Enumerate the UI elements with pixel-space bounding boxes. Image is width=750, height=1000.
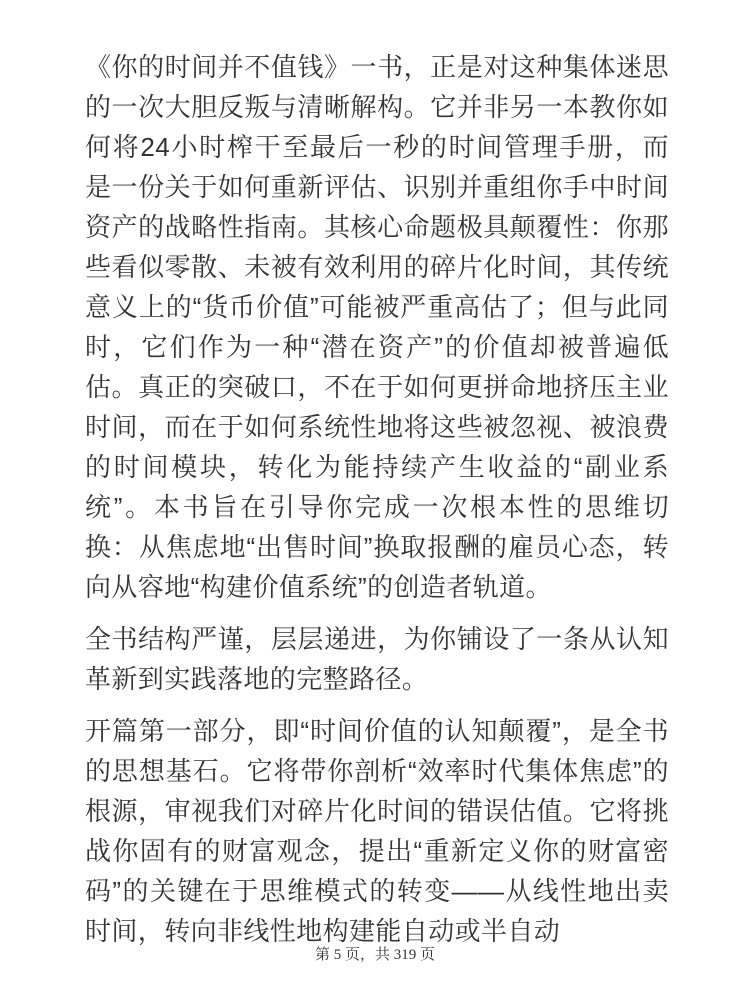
page-number-label: 第 5 页，共 319 页 (315, 947, 435, 963)
paragraph-book-introduction: 《你的时间并不值钱》一书，正是对这种集体迷思的一次大胆反叛与清晰解构。它并非另一… (85, 47, 669, 607)
document-body: 《你的时间并不值钱》一书，正是对这种集体迷思的一次大胆反叛与清晰解构。它并非另一… (85, 47, 669, 963)
document-page: 《你的时间并不值钱》一书，正是对这种集体迷思的一次大胆反叛与清晰解构。它并非另一… (0, 0, 750, 1000)
paragraph-structure-overview: 全书结构严谨，层层递进，为你铺设了一条从认知革新到实践落地的完整路径。 (85, 619, 669, 699)
paragraph-part-one: 开篇第一部分，即“时间价值的认知颠覆”，是全书的思想基石。它将带你剖析“效率时代… (85, 711, 669, 951)
page-footer: 第 5 页，共 319 页 (0, 944, 750, 966)
